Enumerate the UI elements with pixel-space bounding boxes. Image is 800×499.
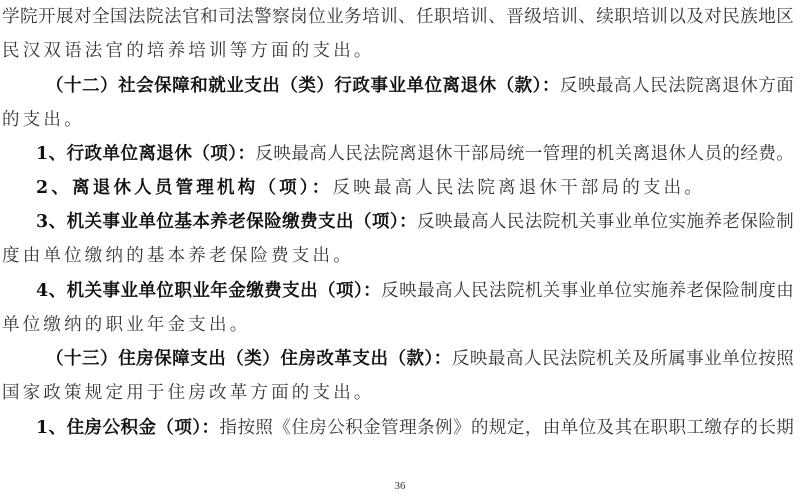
body-text: 单位缴纳的职业年金支出。 (2, 315, 250, 335)
paragraph-line: 民汉双语法官的培养培训等方面的支出。 (2, 36, 794, 66)
item-1-retirement: 1、行政单位离退休（项）：反映最高人民法院离退休干部局统一管理的机关离退休人员的… (36, 139, 794, 169)
section-heading-12: （十二）社会保障和就业支出（类）行政事业单位离退休（款）：反映最高人民法院离退休… (46, 71, 794, 101)
item-label: 1、行政单位离退休（项）： (36, 144, 255, 164)
body-text: 国家政策规定用于住房改革方面的支出。 (2, 383, 375, 403)
item-1-housing-fund: 1、住房公积金（项）：指按照《住房公积金管理条例》的规定，由单位及其在职职工缴存… (36, 413, 794, 443)
body-text: 反映最高人民法院离退休干部局统一管理的机关离退休人员的经费。 (255, 144, 794, 164)
item-3-pension-insurance: 3、机关事业单位基本养老保险缴费支出（项）：反映最高人民法院机关事业单位实施养老… (36, 207, 794, 237)
heading-label: （十二）社会保障和就业支出（类）行政事业单位离退休（款）： (46, 76, 560, 96)
body-text: 反映最高人民法院离退休方面 (560, 76, 794, 96)
document-page: 学院开展对全国法院法官和司法警察岗位业务培训、任职培训、晋级培训、续职培训以及对… (0, 0, 800, 499)
body-text: 反映最高人民法院机关及所属事业单位按照 (452, 349, 794, 369)
body-text: 的支出。 (2, 110, 85, 130)
body-text: 反映最高人民法院机关事业单位实施养老保险制 (417, 212, 794, 232)
item-2-retiree-management: 2、离退休人员管理机构（项）：反映最高人民法院离退休干部局的支出。 (36, 173, 794, 203)
item-label: 4、机关事业单位职业年金缴费支出（项）： (36, 281, 381, 301)
section-heading-13: （十三）住房保障支出（类）住房改革支出（款）：反映最高人民法院机关及所属事业单位… (46, 344, 794, 374)
body-text: 学院开展对全国法院法官和司法警察岗位业务培训、任职培训、晋级培训、续职培训以及对… (2, 7, 794, 27)
item-4-occupational-annuity: 4、机关事业单位职业年金缴费支出（项）：反映最高人民法院机关事业单位实施养老保险… (36, 276, 794, 306)
body-text: 指按照《住房公积金管理条例》的规定，由单位及其在职职工缴存的长期 (220, 418, 794, 438)
body-text: 民汉双语法官的培养培训等方面的支出。 (2, 41, 375, 61)
item-label: 3、机关事业单位基本养老保险缴费支出（项）： (36, 212, 417, 232)
paragraph-line: 度由单位缴纳的基本养老保险费支出。 (2, 241, 794, 271)
paragraph-line: 单位缴纳的职业年金支出。 (2, 310, 794, 340)
body-text: 反映最高人民法院机关事业单位实施养老保险制度由 (381, 281, 794, 301)
body-text: 度由单位缴纳的基本养老保险费支出。 (2, 246, 354, 266)
paragraph-line: 国家政策规定用于住房改革方面的支出。 (2, 378, 794, 408)
page-number: 36 (0, 480, 800, 492)
paragraph-line: 的支出。 (2, 105, 794, 135)
body-text: 反映最高人民法院离退休干部局的支出。 (332, 178, 705, 198)
paragraph-line: 学院开展对全国法院法官和司法警察岗位业务培训、任职培训、晋级培训、续职培训以及对… (2, 2, 794, 32)
item-label: 2、离退休人员管理机构（项）： (36, 178, 332, 198)
heading-label: （十三）住房保障支出（类）住房改革支出（款）： (46, 349, 452, 369)
item-label: 1、住房公积金（项）： (36, 418, 220, 438)
